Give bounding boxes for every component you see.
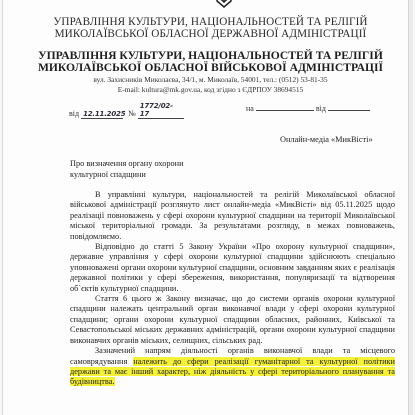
reply-to-label: на bbox=[246, 104, 254, 113]
subject-line2: культурної спадщини bbox=[70, 170, 184, 181]
old-agency-name-line1: УПРАВЛІННЯ КУЛЬТУРИ, НАЦІОНАЛЬНОСТЕЙ ТА … bbox=[3, 16, 415, 28]
reply-number-blank bbox=[256, 102, 314, 111]
paragraph-3: Стаття 6 цього ж Закону визначає, що до … bbox=[70, 294, 395, 346]
incoming-reference: на від bbox=[246, 102, 370, 113]
paragraph-2: Відповідно до статті 5 Закону України «П… bbox=[70, 242, 395, 294]
paragraph-4: Зазначений напрям діяльності органів вик… bbox=[70, 346, 395, 388]
subject-line1: Про визначення органу охорони bbox=[70, 159, 184, 170]
agency-contacts: E-mail: kultura@mk.gov.ua, код згідно з … bbox=[3, 85, 415, 94]
letter-body: В управлінні культури, національностей т… bbox=[70, 190, 395, 388]
page-edge bbox=[408, 0, 413, 415]
trident-coat-of-arms-icon bbox=[216, 0, 232, 8]
subject: Про визначення органу охорони культурної… bbox=[70, 159, 184, 180]
reply-date-label: від bbox=[316, 104, 326, 113]
document-page: УПРАВЛІННЯ КУЛЬТУРИ, НАЦІОНАЛЬНОСТЕЙ ТА … bbox=[2, 0, 413, 415]
paragraph-1: В управлінні культури, національностей т… bbox=[70, 190, 395, 242]
agency-name-line2: МИКОЛАЇВСЬКОЇ ОБЛАСНОЇ ВІЙСЬКОВОЇ АДМІНІ… bbox=[3, 62, 415, 75]
handwritten-number: 1772/02-17 bbox=[138, 102, 184, 119]
reply-date-blank bbox=[328, 102, 370, 111]
handwritten-date: 12.11.2025 bbox=[81, 110, 123, 119]
agency-address: вул. Захисників Миколаєва, 34/1, м. Мико… bbox=[3, 75, 415, 84]
recipient: Онлайн-медіа «МикВісті» bbox=[280, 135, 373, 144]
outgoing-reference: від 12.11.2025 № 1772/02-17 bbox=[69, 102, 184, 119]
date-label: від bbox=[69, 109, 79, 118]
old-agency-name-line2: МИКОЛАЇВСЬКОЇ ОБЛАСНОЇ ДЕРЖАВНОЇ АДМІНІС… bbox=[3, 28, 415, 40]
number-label: № bbox=[128, 109, 136, 118]
